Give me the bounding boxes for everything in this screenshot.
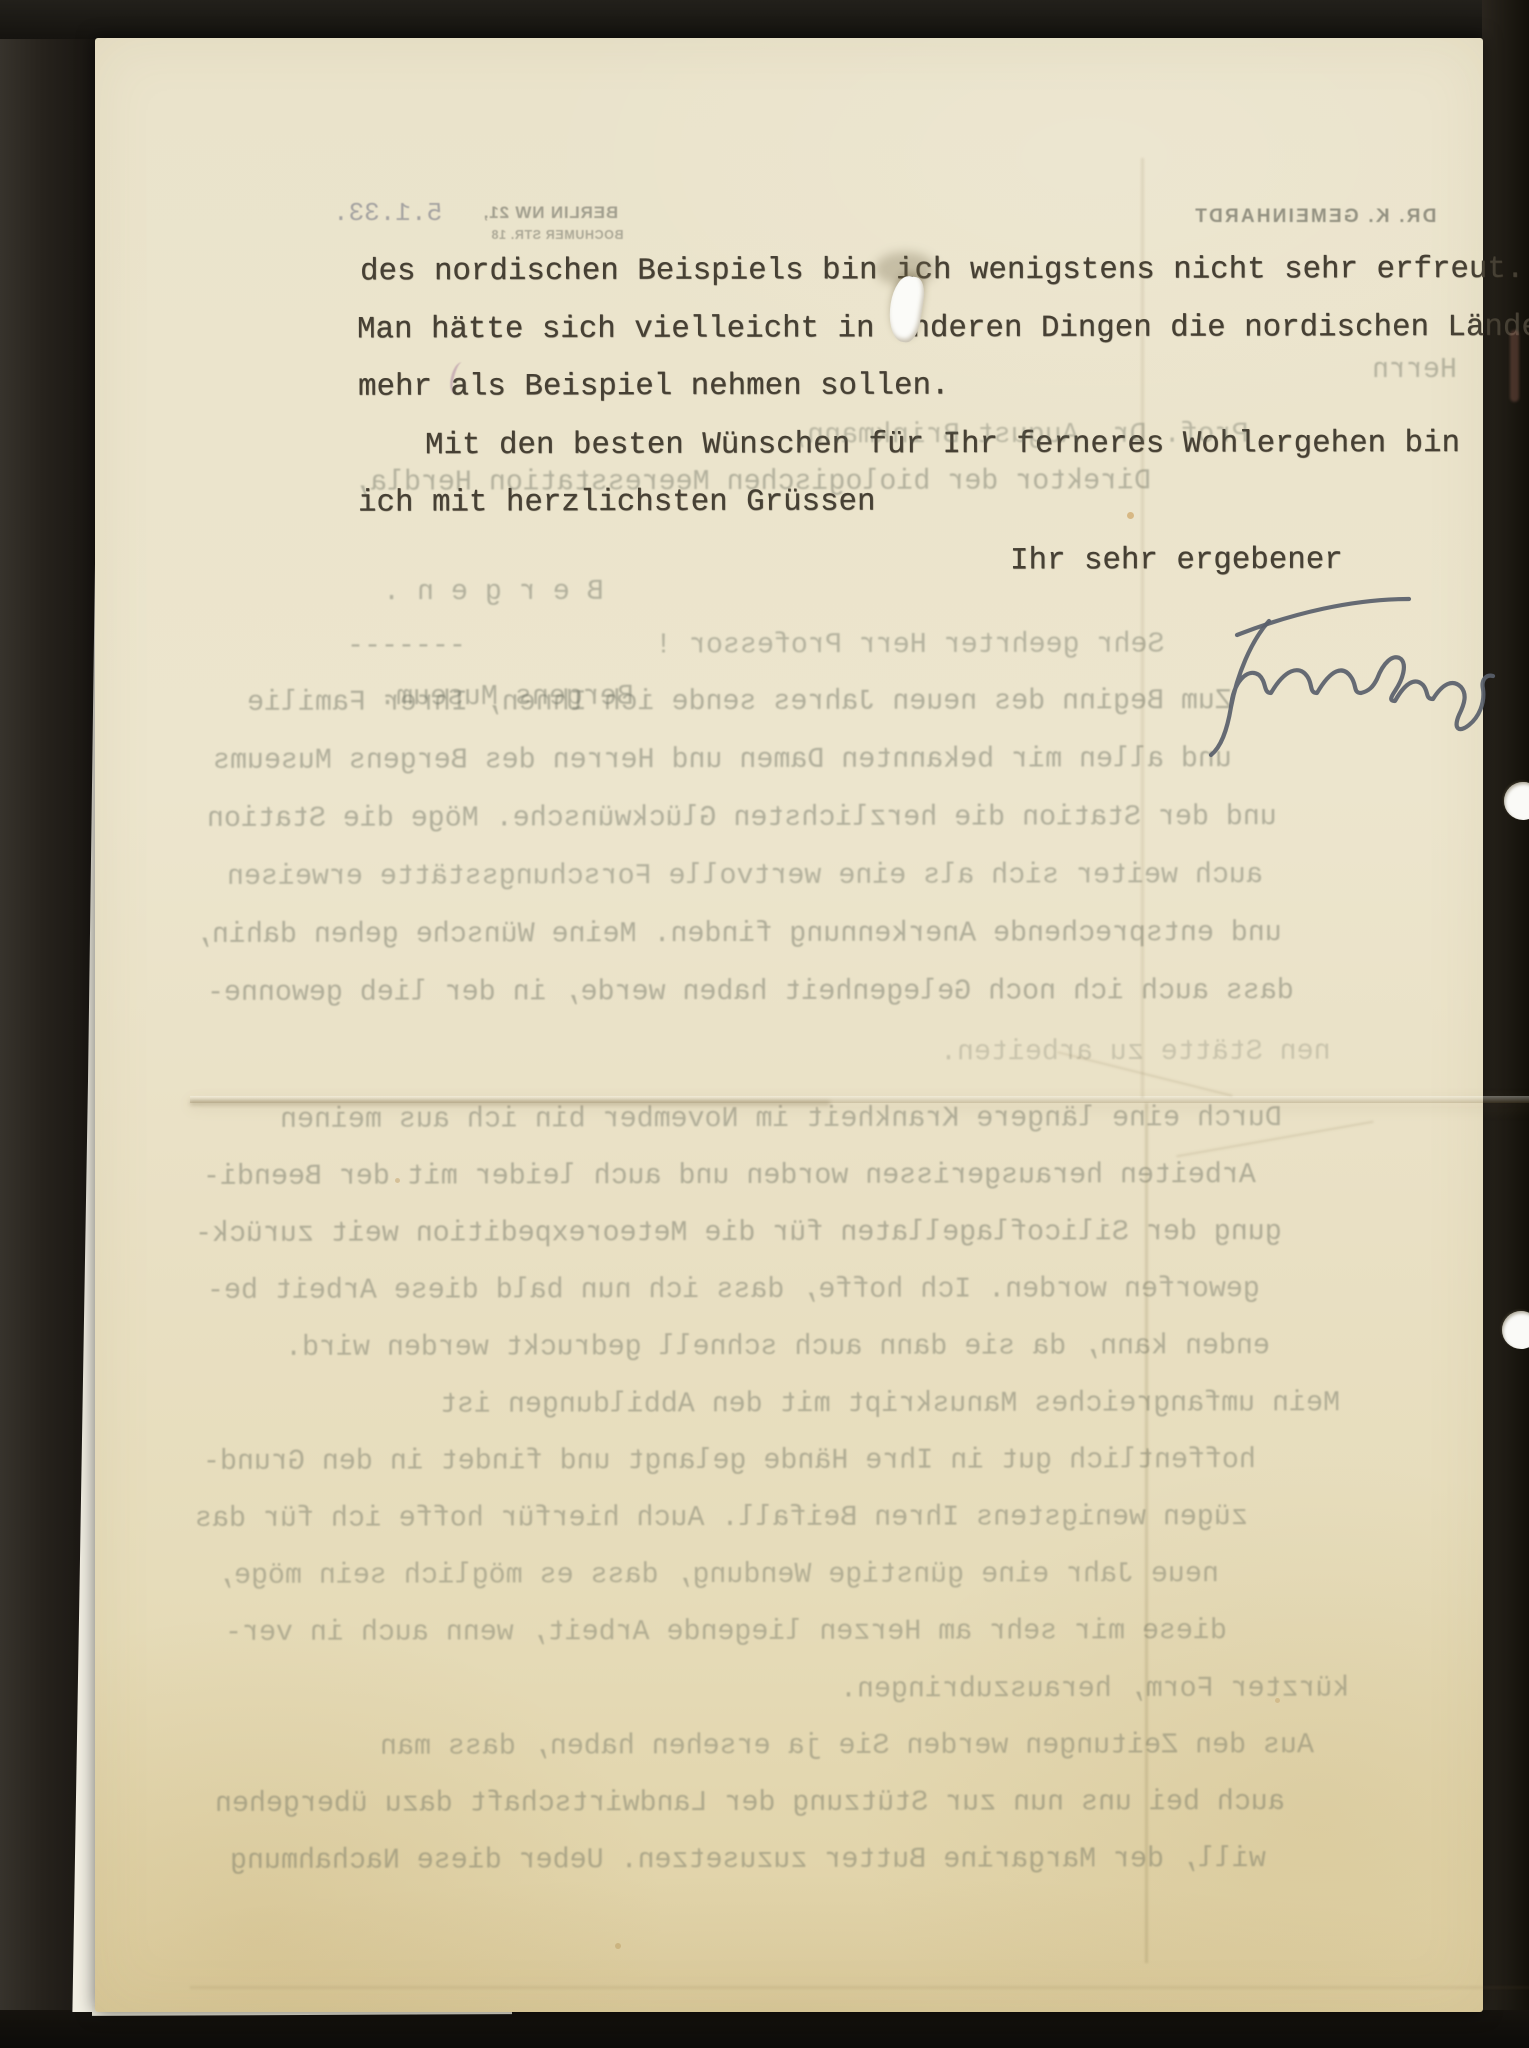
bleedthrough-body-line: Mein umfangreiches Manuskript mit den Ab…: [440, 1389, 1340, 1419]
bleedthrough-body-line: nen Stätte zu arbeiten.: [940, 1038, 1331, 1067]
bleedthrough-body-line: Durch eine längere Krankheit im November…: [280, 1104, 1282, 1134]
ink-streak: [1510, 330, 1519, 402]
bleedthrough-letterhead-doctor-name: DR. K. GEMEINHARDT: [1193, 206, 1436, 228]
typed-line: Ihr sehr ergebener: [1010, 546, 1343, 577]
bleedthrough-body-line: Zum Beginn des neuen Jahres sende ich Ih…: [247, 687, 1232, 717]
bleedthrough-body-line: Arbeiten herausgerissen worden und auch …: [203, 1161, 1256, 1191]
scan-border-bottom: [0, 2010, 1529, 2048]
bleedthrough-address-line: Direktor der biologischen Meeresstation …: [353, 467, 1151, 497]
bleedthrough-address-line: Herrn: [1372, 356, 1457, 384]
bleedthrough-address-line: B e r g e n .: [383, 578, 604, 607]
bleedthrough-body-line: auch weiter sich als eine wertvolle Fors…: [227, 861, 1263, 891]
scan-border-right: [1482, 0, 1529, 2048]
bleedthrough-body-line: auch bei uns nun zur Stützung der Landwi…: [215, 1788, 1285, 1818]
scan-border-top: [0, 0, 1529, 39]
bleedthrough-letterhead-city: BERLIN NW 21,: [483, 203, 618, 223]
age-spot: [395, 1178, 400, 1183]
bleedthrough-body-line: enden kann, da sie dann auch schnell ged…: [285, 1332, 1270, 1362]
age-spot: [615, 1943, 621, 1949]
typed-line: mehr als Beispiel nehmen sollen.: [358, 371, 949, 403]
bleedthrough-body-line: und allen mir bekannten Damen und Herren…: [213, 745, 1232, 775]
letter-page: 5.1.33. BERLIN NW 21, BOCHUMER STR. 18 D…: [95, 38, 1483, 2012]
typed-line: des nordischen Beispiels bin ich wenigst…: [360, 255, 1524, 288]
bleedthrough-letterhead-street: BOCHUMER STR. 18: [491, 228, 624, 242]
bleedthrough-body-line: dass auch ich noch Gelegenheit haben wer…: [207, 977, 1294, 1007]
letter-scan: 5.1.33. BERLIN NW 21, BOCHUMER STR. 18 D…: [0, 0, 1529, 2048]
bleedthrough-date: 5.1.33.: [333, 198, 442, 228]
bleedthrough-body-line: zügen wenigstens Ihren Beifall. Auch hie…: [195, 1503, 1248, 1533]
age-spot: [1275, 1698, 1280, 1703]
bleedthrough-body-line: diese mir sehr am Herzen liegende Arbeit…: [225, 1617, 1227, 1647]
bleedthrough-body-line: Aus den Zeitungen werden Sie ja ersehen …: [380, 1731, 1314, 1761]
bleedthrough-body-line: will, der Margarine Butter zuzusetzen. U…: [230, 1845, 1266, 1875]
fold-crease-faint: [190, 1986, 1529, 1989]
typed-line: Man hätte sich vielleicht in anderen Din…: [357, 313, 1529, 346]
age-spot: [1127, 512, 1134, 519]
fold-crease-vertical-upper: [1141, 158, 1144, 1098]
bleedthrough-body-line: kürzter Form, herauszubringen.: [840, 1675, 1349, 1704]
handwritten-signature: [1173, 583, 1518, 763]
bleedthrough-body-line: neue Jahr eine günstige Wendung, dass es…: [217, 1560, 1219, 1590]
bleedthrough-body-line: und der Station die herzlichsten Glückwü…: [207, 803, 1277, 833]
fold-crease-vertical-lower: [1145, 1103, 1148, 1963]
bleedthrough-body-line: gung der Silicoflagellaten für die Meteo…: [195, 1218, 1282, 1248]
bleedthrough-body-line: und entsprechende Anerkennung finden. Me…: [195, 919, 1282, 949]
signature-stroke: [1211, 621, 1493, 755]
bleedthrough-body-line: Sehr geehrter Herr Professor !: [655, 631, 1164, 660]
fold-crease-shadow: [190, 1101, 830, 1105]
bleedthrough-body-line: hoffentlich gut in Ihre Hände gelangt un…: [203, 1446, 1256, 1476]
bleedthrough-address-line: -------: [347, 632, 466, 661]
bleedthrough-body-line: geworfen worden. Ich hoffe, dass ich nun…: [207, 1275, 1260, 1305]
bleedthrough-address-line: Prof. Dr. August Brinkmann,: [790, 421, 1249, 450]
